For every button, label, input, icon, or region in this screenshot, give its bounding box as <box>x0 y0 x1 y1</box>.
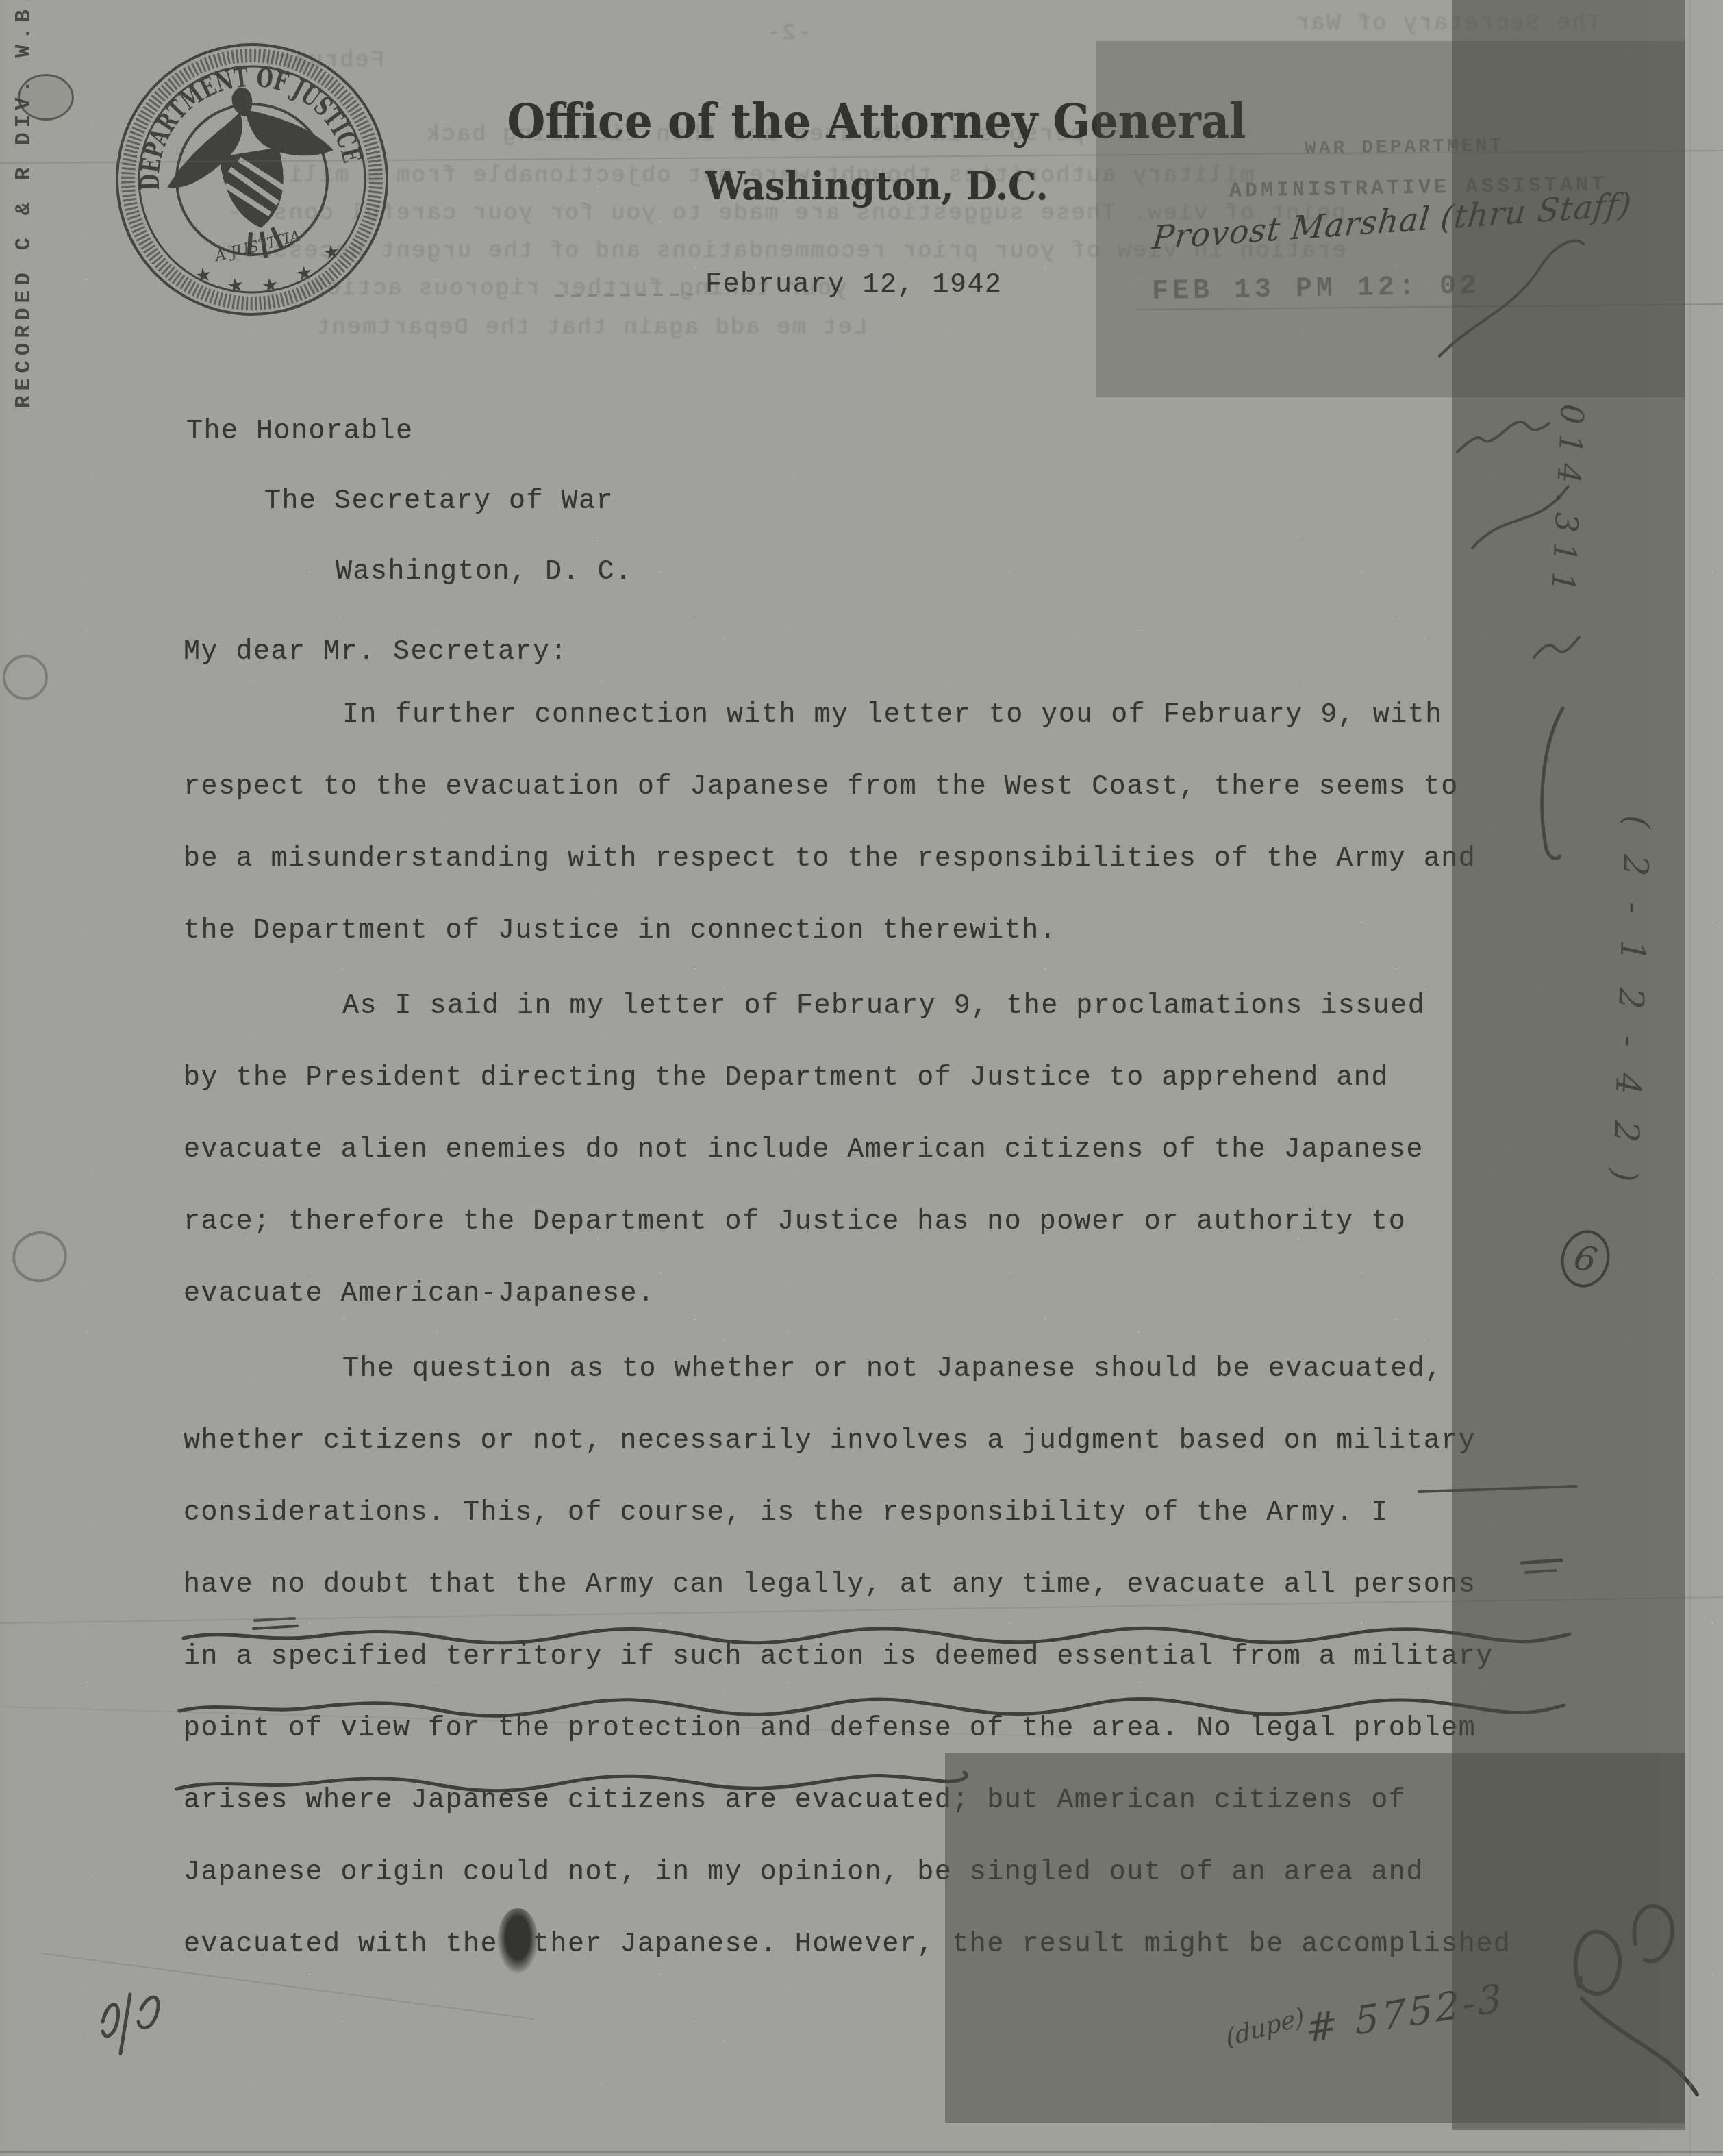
scan-noise <box>0 0 1723 2156</box>
scanned-letter-page: The Secretary of War -2- February person… <box>0 0 1723 2156</box>
